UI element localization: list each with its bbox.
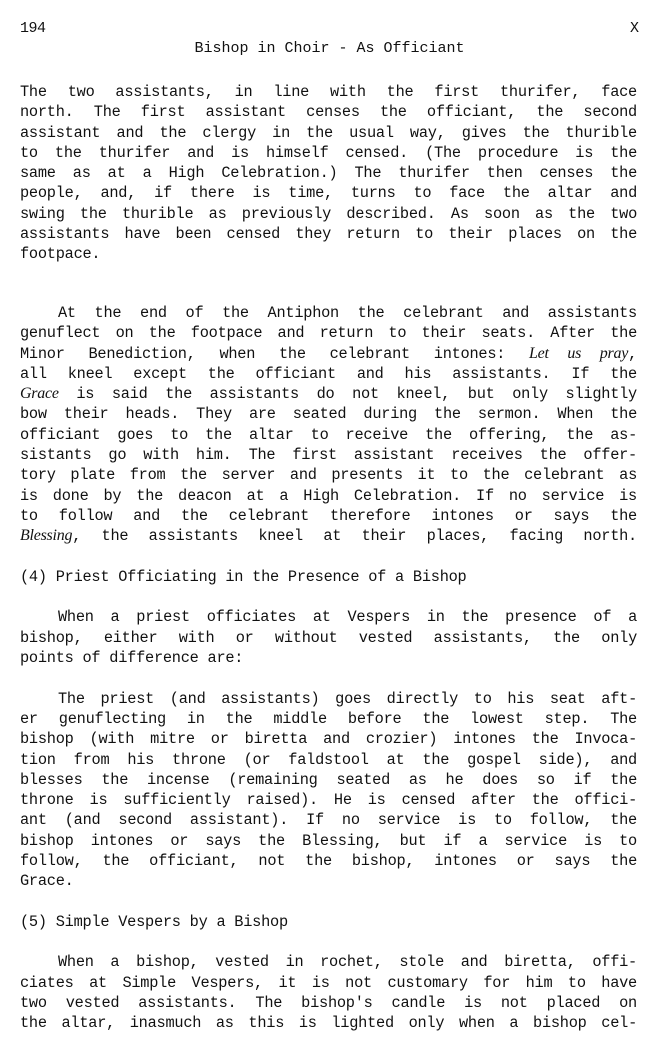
text-line: er genuflecting in the middle before the… <box>20 709 637 729</box>
text-line: people, and, if there is time, turns to … <box>20 183 637 203</box>
paragraph-gap <box>20 547 637 567</box>
text-line: all kneel except the officiant and his a… <box>20 364 637 384</box>
paragraph-gap <box>20 932 637 952</box>
text-line: bishop (with mitre or biretta and crozie… <box>20 729 637 749</box>
section-heading-4: (4) Priest Officiating in the Presence o… <box>20 567 637 587</box>
document-body: The two assistants, in line with the fir… <box>20 82 637 1034</box>
text-line: When a priest officiates at Vespers in t… <box>20 607 637 627</box>
text-line: points of difference are: <box>20 648 637 668</box>
text-line: officiant goes to the altar to receive t… <box>20 425 637 445</box>
text-line: When a bishop, vested in rochet, stole a… <box>20 952 637 972</box>
text-line: At the end of the Antiphon the celebrant… <box>20 303 637 323</box>
text-line: ant (and second assistant). If no servic… <box>20 810 637 830</box>
running-title-text: Bishop in Choir - As Officiant <box>194 40 464 57</box>
text-line: footpace. <box>20 244 637 264</box>
text-line: north. The first assistant censes the of… <box>20 102 637 122</box>
text-line: assistant and the clergy in the usual wa… <box>20 123 637 143</box>
text-line: sistants go with him. The first assistan… <box>20 445 637 465</box>
paragraph: When a bishop, vested in rochet, stole a… <box>20 952 637 1033</box>
paragraph-gap <box>20 668 637 688</box>
text-line: genuflect on the footpace and return to … <box>20 323 637 343</box>
text-line: The two assistants, in line with the fir… <box>20 82 637 102</box>
text-line: follow, the officiant, not the bishop, i… <box>20 851 637 871</box>
text-line: ciates at Simple Vespers, it is not cust… <box>20 973 637 993</box>
text-line: two vested assistants. The bishop's cand… <box>20 993 637 1013</box>
text-line: same as at a High Celebration.) The thur… <box>20 163 637 183</box>
paragraph-gap <box>20 265 637 285</box>
text-line: swing the thurible as previously describ… <box>20 204 637 224</box>
paragraph: The priest (and assistants) goes directl… <box>20 689 637 892</box>
text-line: bishop intones or says the Blessing, but… <box>20 831 637 851</box>
text-line: bishop, either with or without vested as… <box>20 628 637 648</box>
text-line: Minor Benediction, when the celebrant in… <box>20 344 637 364</box>
paragraph: The two assistants, in line with the fir… <box>20 82 637 265</box>
text-line: assistants have been censed they return … <box>20 224 637 244</box>
text-line: tion from his throne (or faldstool at th… <box>20 750 637 770</box>
text-line: The priest (and assistants) goes directl… <box>20 689 637 709</box>
paragraph-gap <box>20 285 637 303</box>
paragraph: When a priest officiates at Vespers in t… <box>20 607 637 668</box>
document-page: 194 X Bishop in Choir - As Officiant The… <box>0 0 661 1049</box>
text-line: the altar, inasmuch as this is lighted o… <box>20 1013 637 1033</box>
text-line: Blessing, the assistants kneel at their … <box>20 526 637 546</box>
paragraph-gap <box>20 892 637 912</box>
chapter-mark: X <box>630 20 639 37</box>
text-line: blesses the incense (remaining seated as… <box>20 770 637 790</box>
paragraph: At the end of the Antiphon the celebrant… <box>20 303 637 547</box>
text-line: to follow and the celebrant therefore in… <box>20 506 637 526</box>
text-line: is done by the deacon at a High Celebrat… <box>20 486 637 506</box>
text-line: tory plate from the server and presents … <box>20 465 637 485</box>
text-line: bow their heads. They are seated during … <box>20 404 637 424</box>
section-heading-5: (5) Simple Vespers by a Bishop <box>20 912 637 932</box>
paragraph-gap <box>20 587 637 607</box>
page-number: 194 <box>20 20 46 37</box>
running-title: Bishop in Choir - As Officiant <box>0 40 661 57</box>
text-line: Grace is said the assistants do not knee… <box>20 384 637 404</box>
text-line: Grace. <box>20 871 637 891</box>
text-line: throne is sufficiently raised). He is ce… <box>20 790 637 810</box>
text-line: to the thurifer and is himself censed. (… <box>20 143 637 163</box>
